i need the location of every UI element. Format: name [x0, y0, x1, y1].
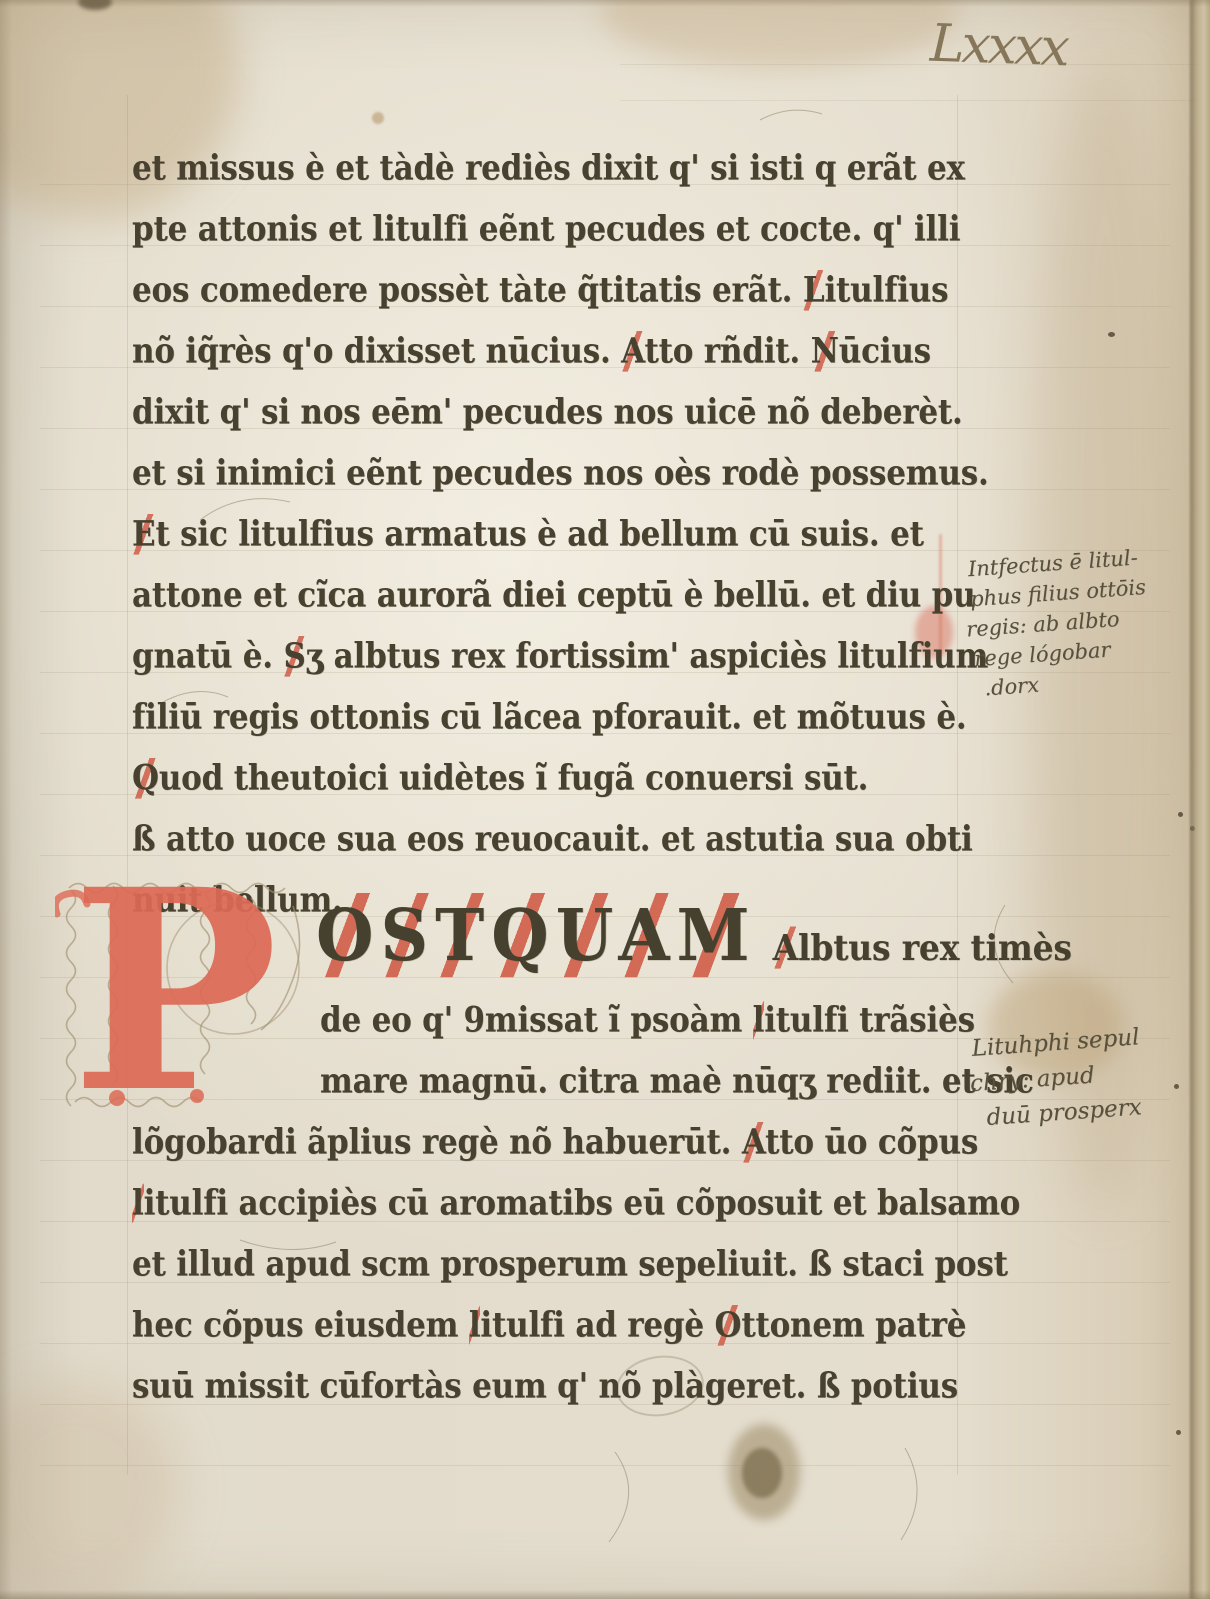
- text-line: dixit q' si nos eēm' pecudes nos uicē nõ…: [132, 392, 963, 433]
- margin-rule-left: [127, 95, 128, 1475]
- text-line: gnatū è. Sʒ albtus rex fortissim' aspici…: [132, 636, 988, 677]
- speck: [1108, 332, 1115, 337]
- manuscript-page: Lxxxx et missus è et tàdè rediès dixit q…: [0, 0, 1210, 1599]
- text-line: Quod theutoici uidètes ĩ fugã conuersi s…: [132, 758, 868, 799]
- rubricated-letter: l: [753, 1000, 765, 1041]
- ink-blot-stain: [742, 1448, 782, 1498]
- text-line: filiū regis ottonis cū lãcea pforauit. e…: [132, 697, 966, 738]
- text-line: pte attonis et litulfi eẽnt pecudes et c…: [132, 209, 960, 250]
- rubricated-letter: Q: [132, 758, 159, 799]
- display-capital-letter: A: [618, 893, 676, 977]
- margin-note-sepulchrum: Lituhphi sepulchry: apudduū prosperx: [971, 1020, 1146, 1136]
- rubricated-letter: A: [742, 1122, 765, 1163]
- ruled-line: [620, 64, 1210, 65]
- rubricated-letter: S: [283, 636, 305, 677]
- page-edge: [0, 1590, 1210, 1599]
- ink-blot-stain: [728, 1424, 800, 1520]
- text-line: et missus è et tàdè rediès dixit q' si i…: [132, 148, 965, 189]
- stain: [600, 0, 960, 70]
- display-line: OSTQUAMAlbtus rex timès: [316, 893, 1072, 977]
- rubricated-letter: l: [132, 1183, 144, 1224]
- speck: [1174, 1084, 1179, 1089]
- page-edge: [0, 0, 12, 1599]
- rubricated-letter: A: [621, 331, 644, 372]
- text-line: et si inimici eẽnt pecudes nos oès rodè …: [132, 453, 989, 494]
- rubricated-letter: l: [469, 1305, 481, 1346]
- speck: [1176, 1430, 1181, 1435]
- text-line: mare magnū. citra maè nūqʒ rediit. et si…: [320, 1061, 1034, 1102]
- stain: [372, 112, 384, 124]
- drop-cap-initial-P: P: [55, 876, 313, 1114]
- ruled-line: [620, 100, 1210, 101]
- text-line: attone et cĩca aurorã diei ceptū è bellū…: [132, 575, 975, 616]
- text-line: et illud apud scm prosperum sepeliuit. ß…: [132, 1244, 1008, 1285]
- rubricated-letter: O: [715, 1305, 742, 1346]
- display-capital-letter: M: [677, 893, 757, 977]
- text-line: ß atto uoce sua eos reuocauit. et astuti…: [132, 819, 973, 860]
- display-capitals: OSTQUAM: [316, 944, 757, 965]
- margin-note-interfectus: Intfectus ē litul-phus filius ottōisregi…: [967, 542, 1153, 704]
- text-line: hec cõpus eiusdem litulfi ad regè Ottone…: [132, 1305, 966, 1346]
- display-capital-letter: Q: [491, 893, 556, 977]
- text-line: lõgobardi ãplius regè nõ habuerūt. Atto …: [132, 1122, 978, 1163]
- rubricated-letter: L: [803, 270, 825, 311]
- rubricated-letter: E: [132, 514, 155, 555]
- rubricated-letter: N: [811, 331, 839, 372]
- text-line: suū missit cūfortàs eum q' nõ plàgeret. …: [132, 1366, 958, 1407]
- drop-cap-letter: P: [71, 876, 279, 1114]
- speck: [1178, 812, 1183, 817]
- text-line: litulfi accipiès cū aromatibs eū cõposui…: [132, 1183, 1020, 1224]
- text-line: eos comedere possèt tàte q̃titatis erãt.…: [132, 270, 948, 311]
- page-edge: [0, 0, 1210, 7]
- folio-number: Lxxxx: [929, 14, 1068, 79]
- text-line: Et sic litulfius armatus è ad bellum cū …: [132, 514, 924, 555]
- display-capital-letter: U: [556, 893, 619, 977]
- text-line: nõ iq̃rès q'o dixisset nūcius. Atto rñdi…: [132, 331, 931, 372]
- rubricated-letter: A: [773, 926, 798, 968]
- page-edge: [1188, 0, 1210, 1599]
- text-line: de eo q' 9missat ĩ psoàm litulfi trãsiès: [320, 1000, 975, 1041]
- display-capital-letter: S: [381, 893, 436, 977]
- stain: [0, 1380, 180, 1599]
- ruled-line: [40, 1465, 1170, 1466]
- display-line-rest: Albtus rex timès: [773, 926, 1072, 968]
- display-capital-letter: O: [316, 893, 381, 977]
- display-capital-letter: T: [435, 893, 491, 977]
